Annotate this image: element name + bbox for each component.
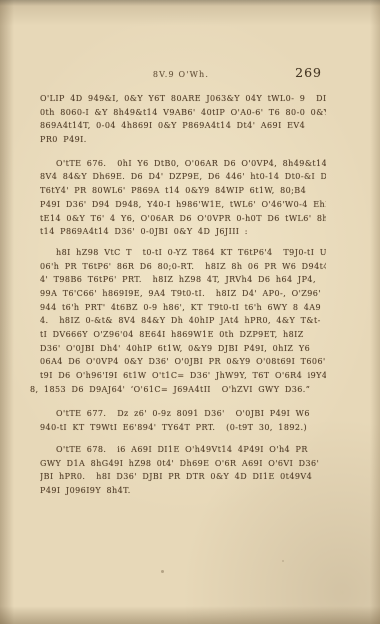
text-line: tE14 0&Y T6' 4 Y6, O'06AR D6 O'0VPR 0-h0… [40,212,326,226]
text-line: D36' O'0JBI Dh4' 40hIP 6t1W, 0&Y9 DJBI P… [40,342,326,356]
text-line: 869A4t14T, 0-04 4h869I 0&Y P869A4t14 Dt4… [40,119,326,133]
text-line: 8V4 84&Y Dh69E. D6 D4' DZP9E, D6 446' ht… [40,170,326,184]
paper-speck [161,570,164,573]
paragraph: O'LIP 4D 949&I, 0&Y Y6T 80ARE J063&Y 04Y… [40,92,326,147]
running-head: 8V.9 O'Wh. [40,70,322,84]
text-line: JBI hPR0. h8I D36' DJBI PR DTR 0&Y 4D DI… [40,470,326,484]
text-line: tI DV666Y O'Z96'04 8E64I h869W1E 0th DZP… [40,328,326,342]
text-line: 8, 1853 D6 D9AJ64' ‘O'61C= J69A4tII O'hZ… [30,383,326,397]
text-line: O'tTE 676. 0hI Y6 DtB0, O'06AR D6 O'0VP4… [40,157,326,171]
text-line: 0th 8060-I &Y 8h49&t14 V9AB6' 40tIP O'A0… [40,106,326,120]
text-line: 99A T6'C66' h869I9E, 9A4 T9t0-tI. h8IZ D… [40,287,326,301]
text-line: P49I J096I9Y 8h4T. [40,484,326,498]
page-number: 269 [286,65,322,80]
paragraph: O'tTE 677. Dz z6' 0-9z 8091 D36' O'0JBI … [40,407,326,434]
text-line: t9I D6 O'h96'I9I 6t1W O't1C= D36' JhW9Y,… [40,369,326,383]
text-line: O'tTE 678. i6 A69I DI1E O'h49Vt14 4P49I … [40,443,326,457]
text-line: 4' T98B6 T6tP6' PRT. h8IZ hZ98 4T, JRVh4… [40,273,326,287]
text-line: GWY D1A 8hG49I hZ98 0t4' Dh69E O'6R A69I… [40,457,326,471]
text-line: 4. h8IZ 0-&t& 8V4 84&Y Dh 40hIP JAt4 hPR… [40,314,326,328]
text-line: PR0 P49I. [40,133,326,147]
text-line: O'LIP 4D 949&I, 0&Y Y6T 80ARE J063&Y 04Y… [40,92,326,106]
book-page: 8V.9 O'Wh. 269 O'LIP 4D 949&I, 0&Y Y6T 8… [0,0,380,624]
text-line: T6tY4' PR 80WL6' P869A t14 0&Y9 84WIP 6t… [40,184,326,198]
text-line: 06'h PR T6tP6' 86R D6 80;0-RT. h8IZ 8h 0… [40,260,326,274]
paragraph: h8I hZ98 VtC T t0-tI 0-YZ T864 KT T6tP6'… [40,246,326,397]
text-line: O'tTE 677. Dz z6' 0-9z 8091 D36' O'0JBI … [40,407,326,421]
text-block: O'LIP 4D 949&I, 0&Y Y6T 80ARE J063&Y 04Y… [40,92,326,498]
text-line: 940-tI KT T9WtI E6'894' TY64T PRT. (0-t9… [40,421,326,435]
text-line: 944 t6'h PRT' 4t6BZ 0-9 h86', KT T9t0-tI… [40,301,326,315]
paper-speck [282,560,284,562]
paragraph: O'tTE 678. i6 A69I DI1E O'h49Vt14 4P49I … [40,443,326,498]
text-line: h8I hZ98 VtC T t0-tI 0-YZ T864 KT T6tP6'… [40,246,326,260]
paragraph: O'tTE 676. 0hI Y6 DtB0, O'06AR D6 O'0VP4… [40,157,326,239]
text-line: t14 P869A4t14 D36' 0-0JBI 0&Y 4D J6JIII … [40,225,326,239]
text-line: 06A4 D6 O'0VP4 0&Y D36' O'0JBI PR 0&Y9 O… [40,355,326,369]
text-line: P49I D36' D94 D948, Y40-I h986'W1E, tWL6… [40,198,326,212]
